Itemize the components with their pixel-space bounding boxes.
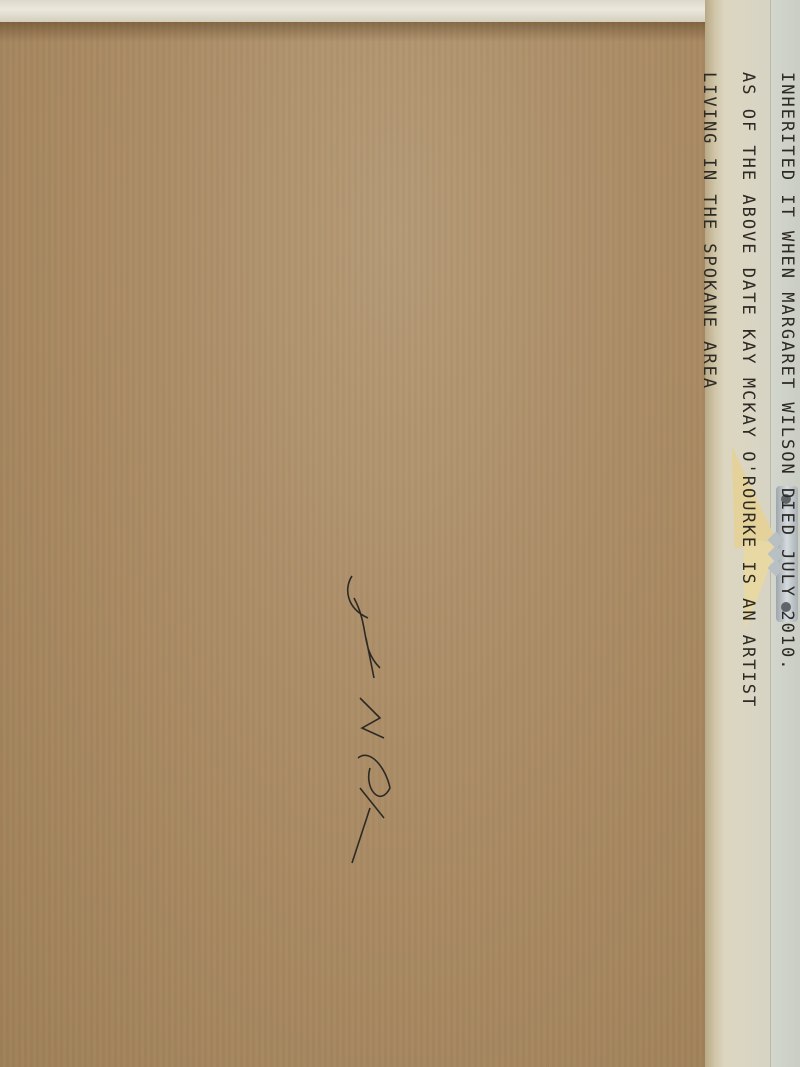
note-line-8: As of the above date Kay McKay O'Rourke … — [728, 72, 767, 1067]
signature — [340, 568, 400, 868]
note-line-7: inherited it when Margaret Wilson died J… — [767, 72, 800, 1067]
cardboard-backing — [0, 22, 718, 1067]
note-line-9: living in the Spokane area — [689, 72, 728, 1067]
tape-shadow — [0, 22, 718, 42]
handwritten-note: 2/16/19 This painting given to me by Cas… — [660, 72, 800, 1067]
